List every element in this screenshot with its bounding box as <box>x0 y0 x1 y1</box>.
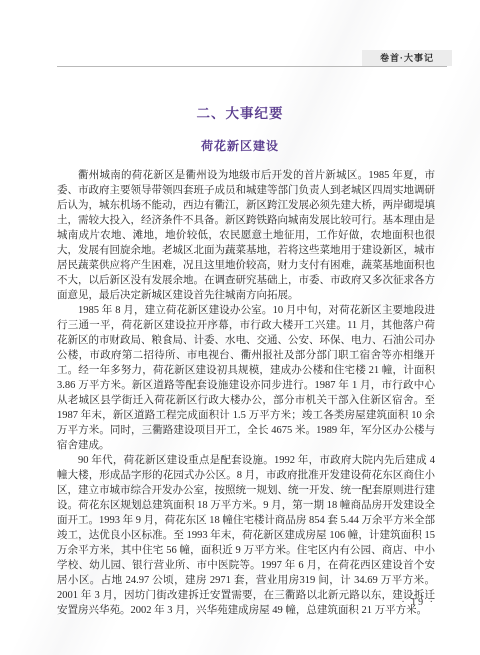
section-title: 二、大事纪要 <box>0 102 480 122</box>
article-body: 衢州城南的荷花新区是衢州设为地级市后开发的首片新城区。1985 年夏，市委、市政… <box>57 168 435 618</box>
header-rule <box>57 66 447 67</box>
paragraph-3: 90 年代，荷花新区建设重点是配套设施。1992 年，市政府大院内先后建成 4 … <box>57 453 435 618</box>
paragraph-2: 1985 年 8 月，建立荷花新区建设办公室。10 月中旬，对荷花新区主要地段进… <box>57 303 435 453</box>
page-number: · 19 · <box>401 597 435 608</box>
running-header-tab: 卷首·大事记 <box>362 50 452 66</box>
book-page: 卷首·大事记 二、大事纪要 荷花新区建设 衢州城南的荷花新区是衢州设为地级市后开… <box>0 0 480 655</box>
article-title: 荷花新区建设 <box>0 137 480 154</box>
paragraph-1: 衢州城南的荷花新区是衢州设为地级市后开发的首片新城区。1985 年夏，市委、市政… <box>57 168 435 303</box>
